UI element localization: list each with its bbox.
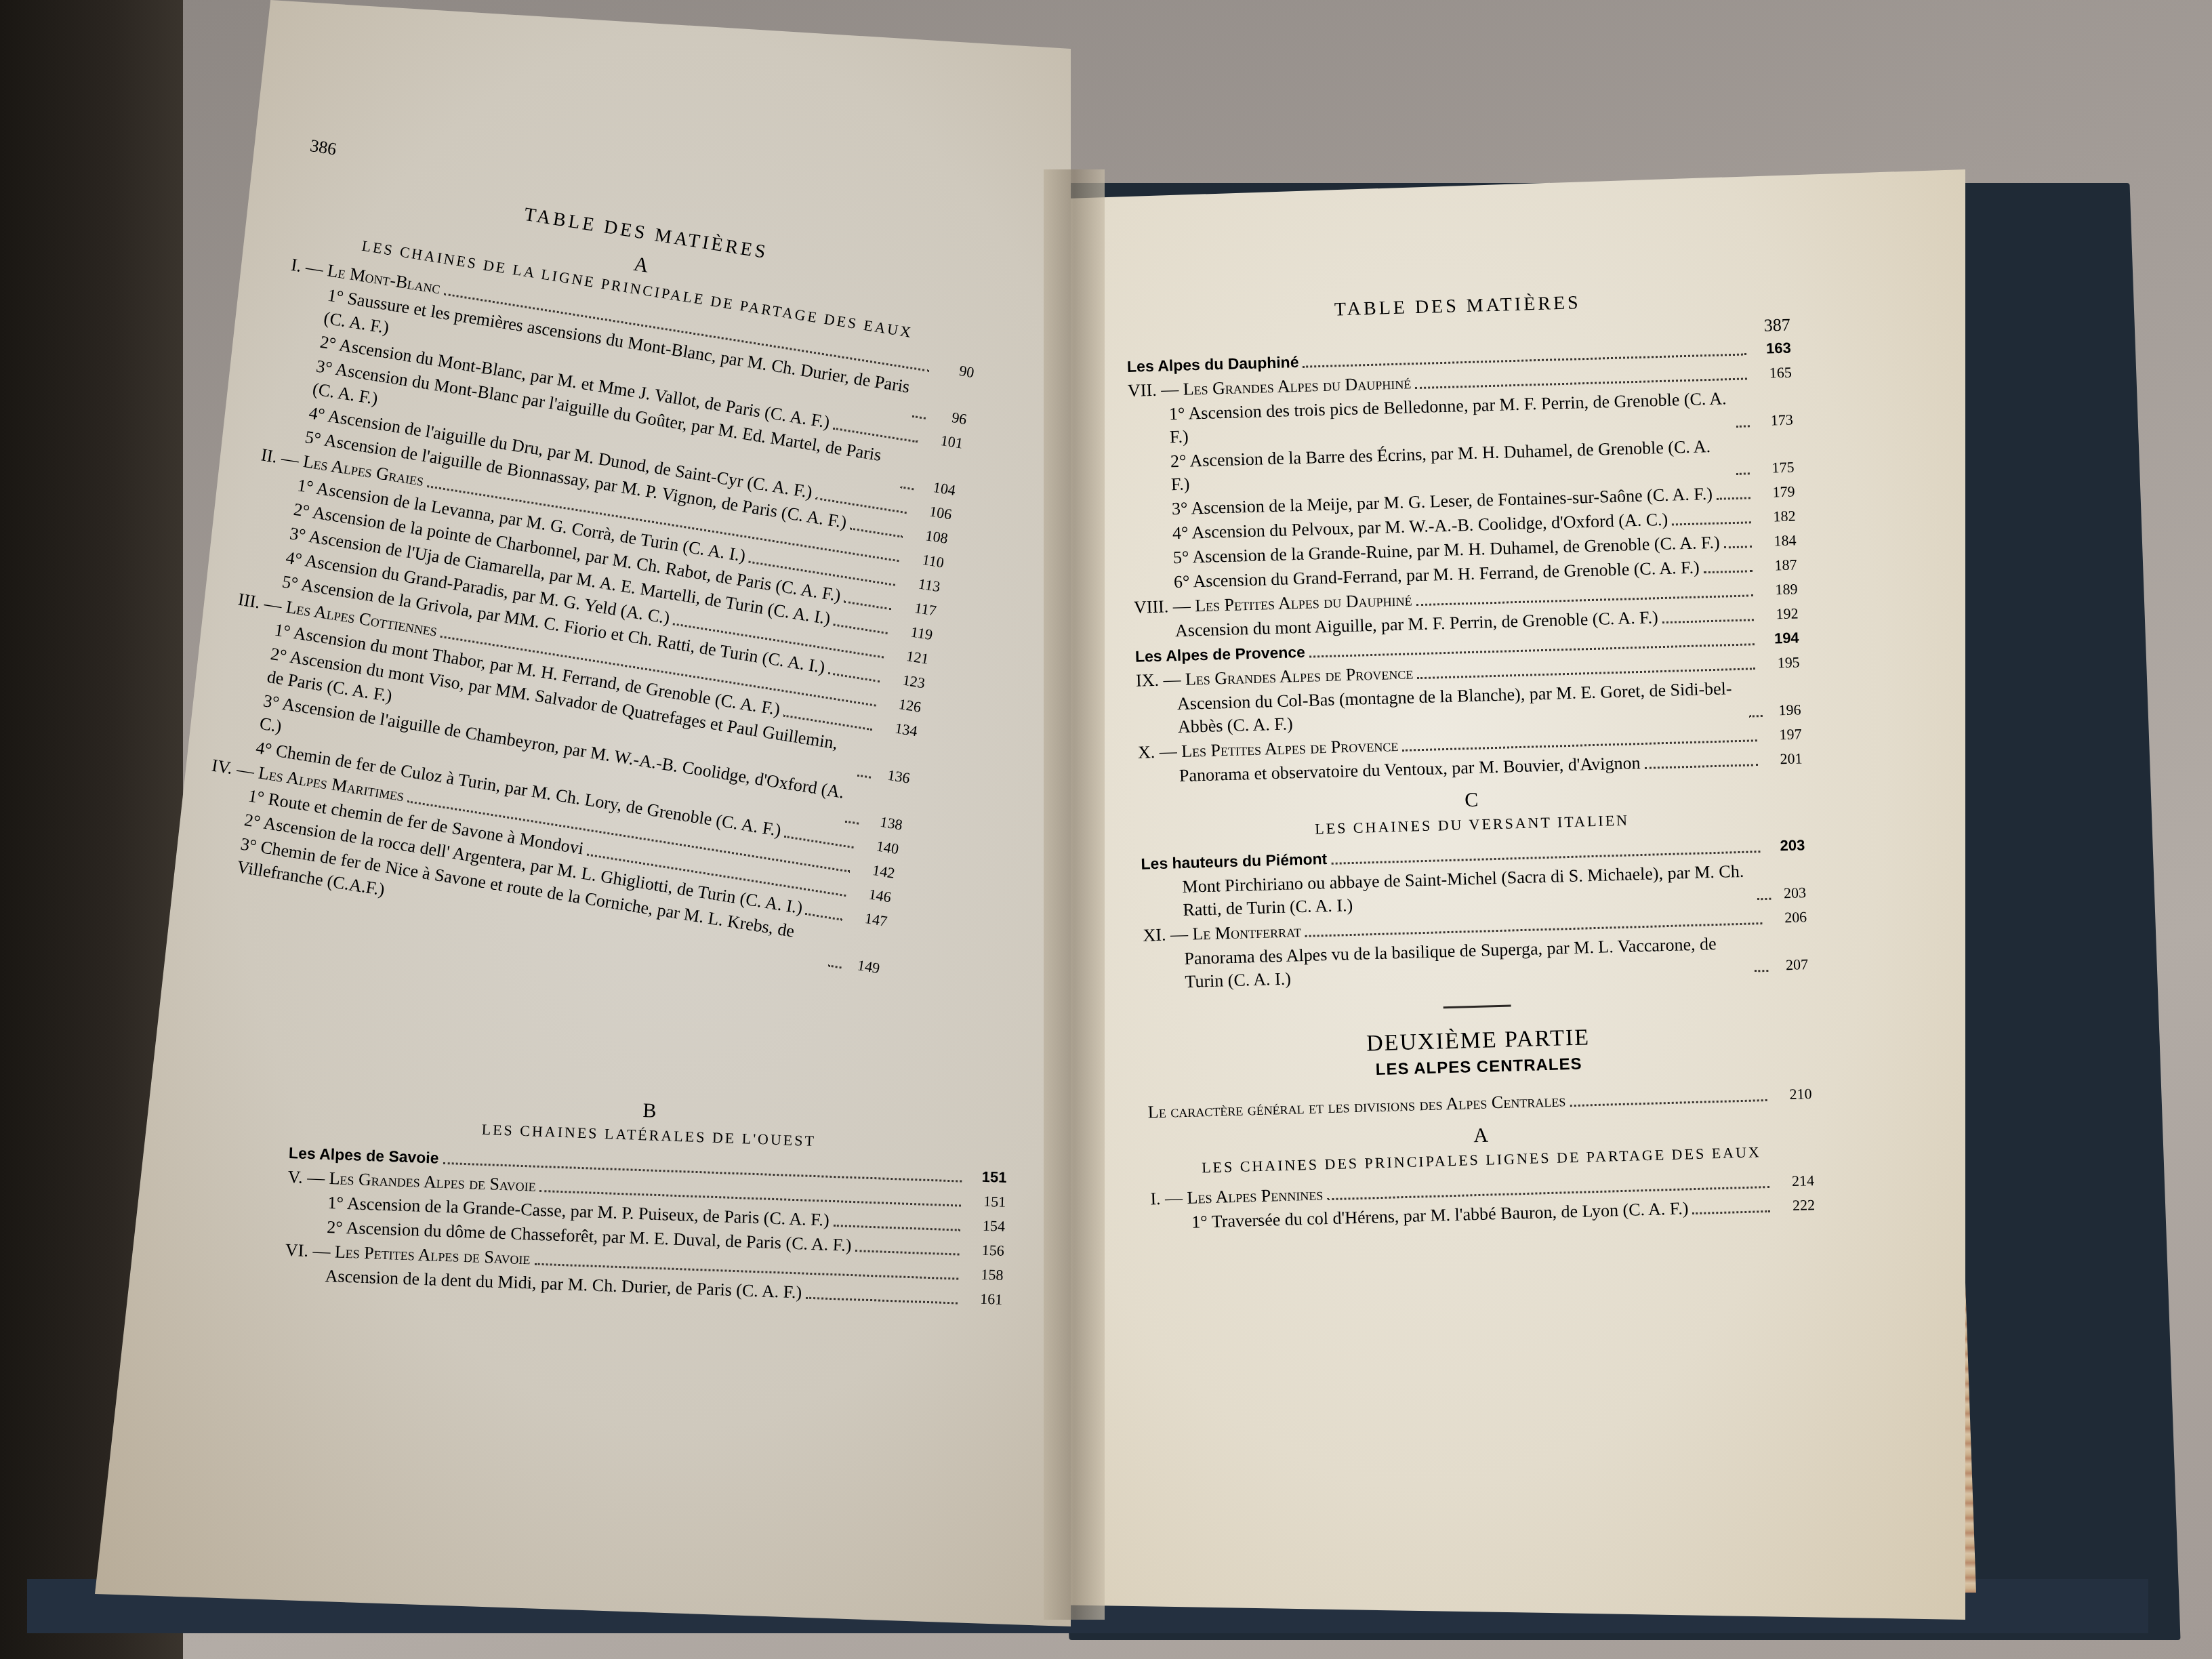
toc-entry-page: 214	[1774, 1169, 1815, 1193]
toc-entry-page: 184	[1755, 529, 1797, 553]
left-page-part-b: B LES CHAINES LATÉRALES DE L'OUEST Les A…	[284, 1078, 1009, 1313]
dot-leader	[1717, 497, 1750, 499]
toc-entry-page: 173	[1753, 409, 1793, 433]
toc-entry-page: 179	[1754, 480, 1795, 505]
toc-entry-page: 149	[844, 952, 882, 980]
left-page-content: 386 TABLE DES MATIÈRES A LES CHAINES DE …	[195, 136, 995, 981]
dot-leader	[828, 964, 842, 968]
dot-leader	[806, 913, 842, 920]
toc-entry-page: 161	[962, 1287, 1003, 1311]
toc-entry-page: 158	[962, 1263, 1004, 1287]
dot-leader	[912, 415, 926, 419]
dot-leader	[850, 527, 903, 537]
toc-entry-text: Les Alpes de Savoie	[289, 1141, 440, 1170]
toc-entry-page: 201	[1761, 747, 1803, 771]
dot-leader	[846, 821, 859, 825]
toc-entry-page: 136	[874, 762, 912, 790]
toc-entry-text: XI. — Le Montferrat	[1143, 920, 1301, 947]
dot-leader	[857, 775, 871, 779]
toc-entry-page: 151	[966, 1165, 1007, 1189]
toc-entry-page: 192	[1757, 602, 1799, 626]
dot-leader	[844, 600, 891, 610]
dot-leader	[1755, 970, 1768, 972]
toc-entry-page: 182	[1755, 505, 1796, 529]
dot-leader	[834, 623, 888, 634]
toc-entry-page: 196	[1766, 698, 1801, 722]
toc-entry-page: 165	[1750, 361, 1792, 386]
dot-leader	[1749, 715, 1763, 718]
dot-leader	[806, 1297, 958, 1305]
dot-leader	[1645, 764, 1758, 769]
dot-leader	[1704, 570, 1753, 573]
toc-entry-text: I. — Les Alpes Pennines	[1150, 1183, 1324, 1210]
toc-entry-page: 194	[1758, 626, 1799, 651]
right-page-content: TABLE DES MATIÈRES 387 Les Alpes du Daup…	[1125, 273, 1816, 1237]
dot-leader	[1757, 898, 1771, 901]
toc-entry-text: Les hauteurs du Piémont	[1141, 847, 1328, 876]
dot-leader	[855, 1250, 960, 1255]
dot-leader	[1736, 425, 1750, 428]
toc-entry-page: 207	[1772, 953, 1809, 977]
toc-entry-page: 175	[1753, 456, 1795, 480]
book-gutter	[1044, 169, 1105, 1620]
toc-list: Les hauteurs du Piémont203Mont Pirchiria…	[1141, 834, 1808, 994]
toc-entry-page: 96	[928, 403, 968, 431]
toc-entry-text: Les Alpes du Dauphiné	[1127, 350, 1299, 378]
toc-entry-page: 197	[1761, 722, 1802, 747]
toc-entry-page: 104	[916, 474, 957, 502]
dot-leader	[1672, 521, 1751, 525]
dot-leader	[1693, 1210, 1771, 1214]
dot-leader	[1724, 546, 1752, 548]
toc-entry-page: 154	[964, 1214, 1005, 1238]
dot-leader	[1736, 472, 1750, 475]
toc-entry-page: 206	[1766, 905, 1807, 930]
dot-leader	[833, 1225, 960, 1231]
divider-rule	[1443, 1005, 1511, 1009]
toc-list: I. — Le Mont-Blanc901° Saussure et les p…	[195, 253, 976, 980]
dot-leader	[1570, 1099, 1767, 1107]
toc-list: Les Alpes de Savoie151V. — Les Grandes A…	[284, 1141, 1007, 1311]
toc-entry-page: 156	[963, 1238, 1004, 1263]
toc-entry-page: 187	[1756, 553, 1797, 577]
toc-entry-page: 151	[965, 1189, 1006, 1214]
dot-leader	[828, 672, 880, 682]
toc-list: Les Alpes du Dauphiné163VII. — Les Grand…	[1127, 337, 1803, 789]
toc-entry-page: 203	[1764, 834, 1805, 858]
dot-leader	[1662, 619, 1754, 623]
toc-entry-page: 163	[1750, 337, 1791, 361]
toc-entry-page: 189	[1757, 577, 1798, 602]
toc-entry-page: 203	[1774, 881, 1806, 905]
toc-entry-page: 195	[1759, 651, 1800, 675]
dot-leader	[900, 486, 914, 490]
toc-entry-page: 222	[1774, 1193, 1816, 1218]
toc-entry-text: Les Alpes de Provence	[1135, 640, 1306, 668]
